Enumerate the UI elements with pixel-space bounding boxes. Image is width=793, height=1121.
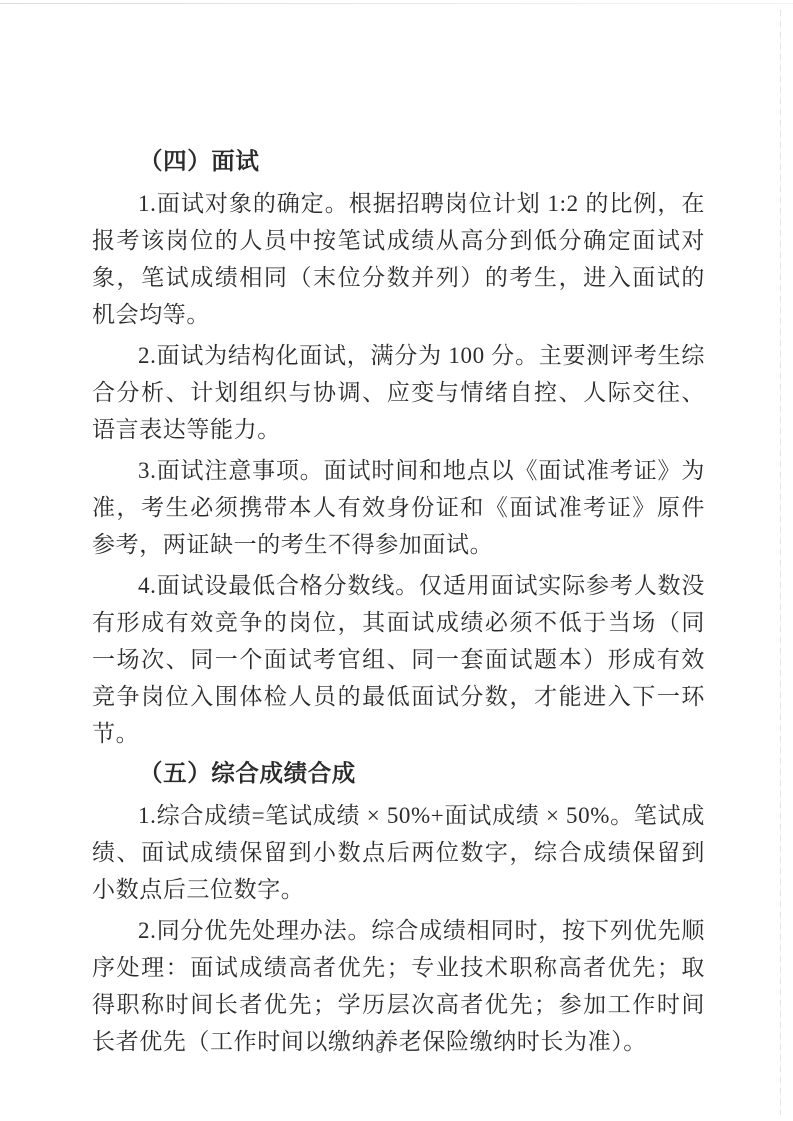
scan-edge-top-line — [0, 3, 793, 4]
document-body: （四）面试 1.面试对象的确定。根据招聘岗位计划 1:2 的比例，在报考该岗位的… — [92, 144, 705, 1060]
paragraph-structured-interview-scoring: 2.面试为结构化面试，满分为 100 分。主要测评考生综合分析、计划组织与协调、… — [92, 337, 705, 448]
paragraph-tie-breaking-rules: 2.同分优先处理办法。综合成绩相同时，按下列优先顺序处理：面试成绩高者优先；专业… — [92, 912, 705, 1060]
page-footer: 6 — [0, 1040, 793, 1058]
paragraph-composite-score-formula: 1.综合成绩=笔试成绩 × 50%+面试成绩 × 50%。笔试成绩、面试成绩保留… — [92, 797, 705, 908]
paragraph-interview-candidate-determination: 1.面试对象的确定。根据招聘岗位计划 1:2 的比例，在报考该岗位的人员中按笔试… — [92, 185, 705, 333]
document-page: （四）面试 1.面试对象的确定。根据招聘岗位计划 1:2 的比例，在报考该岗位的… — [0, 0, 793, 1121]
page-number: 6 — [376, 1041, 384, 1058]
paragraph-interview-notes: 3.面试注意事项。面试时间和地点以《面试准考证》为准，考生必须携带本人有效身份证… — [92, 452, 705, 563]
section-heading-interview: （四）面试 — [92, 144, 705, 181]
paragraph-minimum-passing-score: 4.面试设最低合格分数线。仅适用面试实际参考人数没有形成有效竞争的岗位，其面试成… — [92, 567, 705, 752]
section-heading-composite-score: （五）综合成绩合成 — [92, 756, 705, 793]
scan-edge-right-line — [780, 10, 781, 1115]
